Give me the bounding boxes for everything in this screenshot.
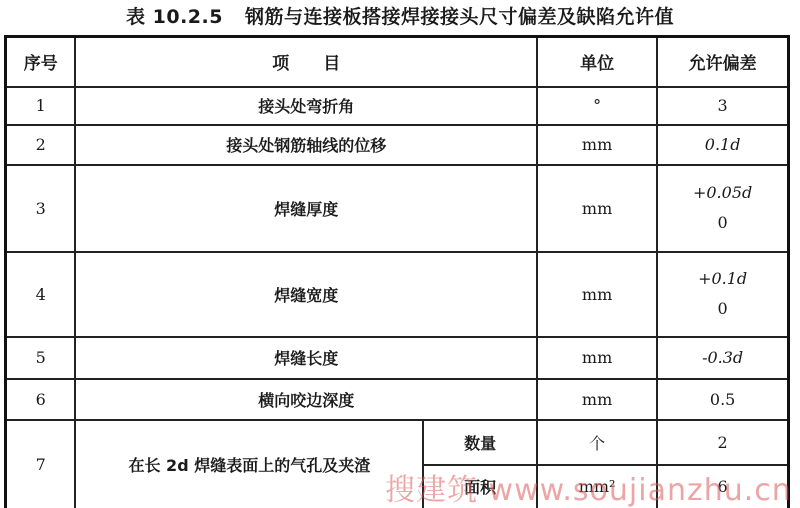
row-tolerance: +0.1d 0 bbox=[657, 252, 788, 337]
header-no: 序号 bbox=[6, 37, 76, 87]
row-unit: mm bbox=[537, 125, 657, 165]
row-item: 焊缝长度 bbox=[75, 337, 536, 379]
row-unit: mm bbox=[537, 252, 657, 337]
table-row: 6 横向咬边深度 mm 0.5 bbox=[6, 379, 789, 420]
row-no: 1 bbox=[6, 87, 76, 125]
row-no: 2 bbox=[6, 125, 76, 165]
header-unit: 单位 bbox=[537, 37, 657, 87]
header-tolerance: 允许偏差 bbox=[657, 37, 788, 87]
tolerance-table: 序号 项 目 单位 允许偏差 1 接头处弯折角 ° 3 2 接头处钢筋轴线的位移… bbox=[4, 35, 790, 508]
tolerance-lower: 0 bbox=[658, 208, 787, 238]
row-unit: mm bbox=[537, 165, 657, 252]
row-tolerance: -0.3d bbox=[657, 337, 788, 379]
header-row: 序号 项 目 单位 允许偏差 bbox=[6, 37, 789, 87]
row-no: 3 bbox=[6, 165, 76, 252]
row-no: 4 bbox=[6, 252, 76, 337]
row-item: 焊缝厚度 bbox=[75, 165, 536, 252]
row-item: 焊缝宽度 bbox=[75, 252, 536, 337]
row-item: 接头处钢筋轴线的位移 bbox=[75, 125, 536, 165]
sub-label-area: 面积 bbox=[423, 465, 537, 508]
table-row: 7 在长 2d 焊缝表面上的气孔及夹渣 数量 个 2 bbox=[6, 420, 789, 465]
row-item: 在长 2d 焊缝表面上的气孔及夹渣 bbox=[75, 420, 423, 508]
tolerance-upper: +0.05d bbox=[658, 178, 787, 208]
row-unit: mm bbox=[537, 379, 657, 420]
tolerance-upper: +0.1d bbox=[658, 264, 787, 294]
header-item: 项 目 bbox=[75, 37, 536, 87]
row-tolerance: 6 bbox=[657, 465, 788, 508]
sub-label-count: 数量 bbox=[423, 420, 537, 465]
row-no: 5 bbox=[6, 337, 76, 379]
row-unit: mm bbox=[537, 337, 657, 379]
row-tolerance: 2 bbox=[657, 420, 788, 465]
table-caption: 钢筋与连接板搭接焊接接头尺寸偏差及缺陷允许值 bbox=[245, 6, 674, 28]
row-unit: 个 bbox=[537, 420, 657, 465]
tolerance-lower: 0 bbox=[658, 294, 787, 324]
row-item: 横向咬边深度 bbox=[75, 379, 536, 420]
row-tolerance: +0.05d 0 bbox=[657, 165, 788, 252]
row-tolerance: 3 bbox=[657, 87, 788, 125]
table-row: 1 接头处弯折角 ° 3 bbox=[6, 87, 789, 125]
table-row: 5 焊缝长度 mm -0.3d bbox=[6, 337, 789, 379]
row-tolerance: 0.1d bbox=[657, 125, 788, 165]
table-number: 表 10.2.5 bbox=[126, 6, 223, 28]
row-unit: mm² bbox=[537, 465, 657, 508]
row-unit: ° bbox=[537, 87, 657, 125]
table-title: 表 10.2.5钢筋与连接板搭接焊接接头尺寸偏差及缺陷允许值 bbox=[0, 0, 800, 36]
table-row: 3 焊缝厚度 mm +0.05d 0 bbox=[6, 165, 789, 252]
row-item: 接头处弯折角 bbox=[75, 87, 536, 125]
table-row: 4 焊缝宽度 mm +0.1d 0 bbox=[6, 252, 789, 337]
table-row: 2 接头处钢筋轴线的位移 mm 0.1d bbox=[6, 125, 789, 165]
row-no: 7 bbox=[6, 420, 76, 508]
row-no: 6 bbox=[6, 379, 76, 420]
row-tolerance: 0.5 bbox=[657, 379, 788, 420]
